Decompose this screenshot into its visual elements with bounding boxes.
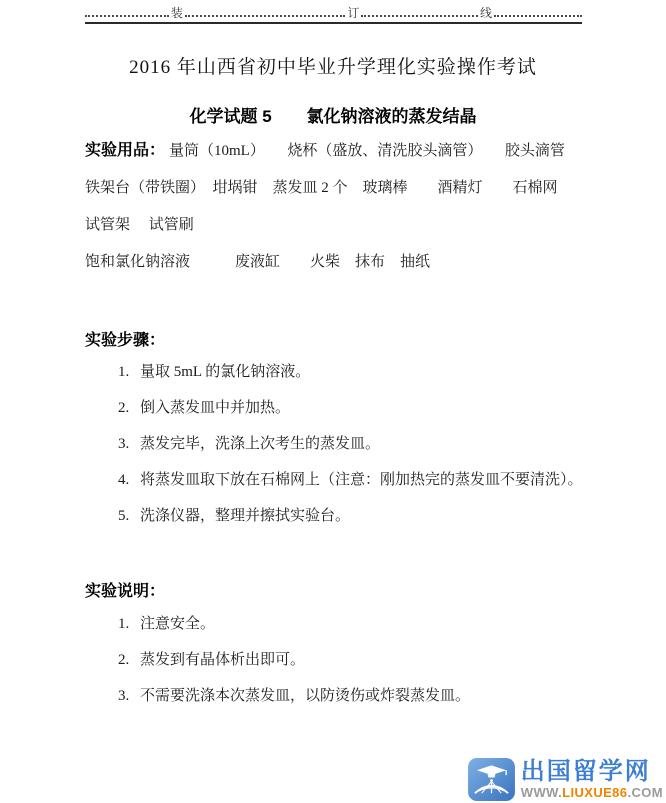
dotted-line-segment [185, 15, 346, 17]
exam-paper-page: 装 订 线 2016 年山西省初中毕业升学理化实验操作考试 化学试题 5 氯化钠… [0, 0, 666, 803]
binding-char-xian: 线 [478, 7, 494, 20]
note-text: 蒸发到有晶体析出即可。 [140, 652, 305, 668]
supplies-line-3: 试管架 试管刷 [85, 215, 611, 235]
step-text: 量取 5mL 的氯化钠溶液。 [140, 364, 310, 380]
binding-char-zhuang: 装 [169, 7, 185, 20]
step-item: 2.倒入蒸发皿中并加热。 [85, 398, 628, 418]
step-number: 3. [118, 434, 140, 454]
step-number: 2. [118, 398, 140, 418]
dotted-line-segment [494, 15, 582, 17]
step-text: 蒸发完毕，洗涤上次考生的蒸发皿。 [140, 436, 380, 452]
supplies-line-1-text: 量筒（10mL） 烧杯（盛放、清洗胶头滴管） 胶头滴管 [169, 143, 565, 159]
note-text: 注意安全。 [140, 616, 215, 632]
url-suffix: .COM [627, 785, 663, 800]
liuxue86-logo-icon [468, 758, 515, 801]
step-item: 1.量取 5mL 的氯化钠溶液。 [85, 362, 628, 382]
liuxue86-logo-link[interactable]: 出国留学网 WWW.LIUXUE86.COM [468, 758, 663, 801]
step-text: 将蒸发皿取下放在石棉网上（注意：刚加热完的蒸发皿不要清洗）。 [140, 472, 583, 488]
liuxue86-logo-text: 出国留学网 WWW.LIUXUE86.COM [521, 760, 663, 799]
step-item: 3.蒸发完毕，洗涤上次考生的蒸发皿。 [85, 434, 628, 454]
binding-line-strip: 装 订 线 [85, 7, 582, 24]
step-number: 4. [118, 470, 140, 490]
dotted-line-segment [85, 15, 169, 17]
step-item: 4.将蒸发皿取下放在石棉网上（注意：刚加热完的蒸发皿不要清洗）。 [85, 470, 628, 490]
note-text: 不需要洗涤本次蒸发皿，以防烫伤或炸裂蒸发皿。 [140, 688, 470, 704]
note-item: 2.蒸发到有晶体析出即可。 [85, 650, 628, 670]
supplies-line-4: 饱和氯化钠溶液 废液缸 火柴 抹布 抽纸 [85, 252, 611, 272]
note-item: 1.注意安全。 [85, 614, 628, 634]
note-item: 3.不需要洗涤本次蒸发皿，以防烫伤或炸裂蒸发皿。 [85, 686, 628, 706]
paper-title: 2016 年山西省初中毕业升学理化实验操作考试 [0, 52, 666, 79]
notes-list: 1.注意安全。 2.蒸发到有晶体析出即可。 3.不需要洗涤本次蒸发皿，以防烫伤或… [85, 614, 628, 722]
paper-subtitle: 化学试题 5 氯化钠溶液的蒸发结晶 [0, 102, 666, 127]
supplies-section: 实验用品：量筒（10mL） 烧杯（盛放、清洗胶头滴管） 胶头滴管 铁架台（带铁圈… [85, 141, 611, 289]
url-brand: LIUXUE86 [562, 785, 627, 800]
supplies-line-2: 铁架台（带铁圈） 坩埚钳 蒸发皿 2 个 玻璃棒 酒精灯 石棉网 [85, 178, 611, 198]
step-text: 洗涤仪器，整理并擦拭实验台。 [140, 508, 350, 524]
step-number: 1. [118, 362, 140, 382]
step-number: 5. [118, 506, 140, 526]
site-url: WWW.LIUXUE86.COM [521, 786, 663, 799]
site-name: 出国留学网 [521, 760, 651, 784]
steps-heading: 实验步骤： [85, 327, 165, 350]
binding-char-ding: 订 [345, 7, 361, 20]
step-text: 倒入蒸发皿中并加热。 [140, 400, 290, 416]
url-prefix: WWW. [521, 785, 562, 800]
supplies-line-1: 实验用品：量筒（10mL） 烧杯（盛放、清洗胶头滴管） 胶头滴管 [85, 141, 611, 161]
notes-heading: 实验说明： [85, 578, 165, 601]
note-number: 1. [118, 614, 140, 634]
subtitle-experiment-name: 氯化钠溶液的蒸发结晶 [306, 107, 476, 126]
note-number: 2. [118, 650, 140, 670]
step-item: 5.洗涤仪器，整理并擦拭实验台。 [85, 506, 628, 526]
subtitle-exam-number: 化学试题 5 [190, 107, 272, 126]
steps-list: 1.量取 5mL 的氯化钠溶液。 2.倒入蒸发皿中并加热。 3.蒸发完毕，洗涤上… [85, 362, 628, 542]
note-number: 3. [118, 686, 140, 706]
supplies-heading: 实验用品： [85, 142, 165, 159]
dotted-line-segment [361, 15, 478, 17]
